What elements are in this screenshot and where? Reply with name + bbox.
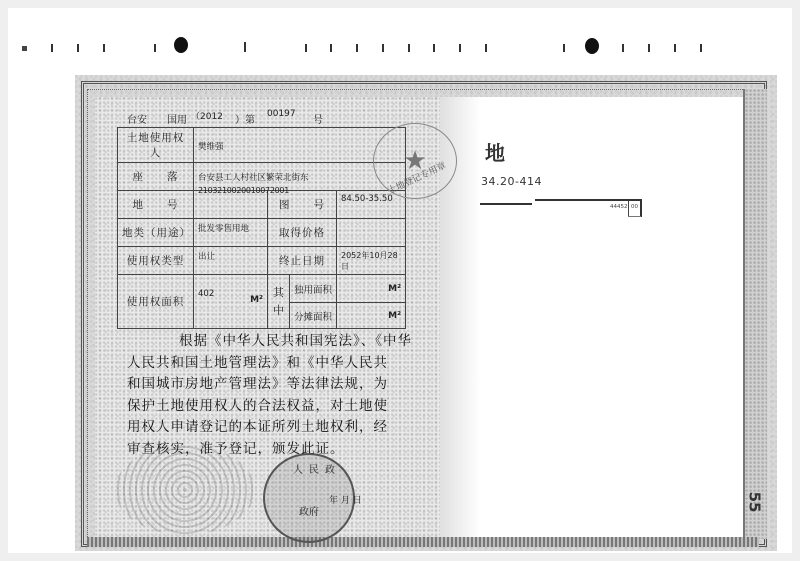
scanned-page: 55 台安 国用 （2012 ）第 00197 号 土地使用权人 樊维强 座 落…: [8, 8, 792, 553]
strip-tick: [622, 44, 624, 52]
cert-suffix: 号: [313, 111, 323, 126]
land-certificate: 55 台安 国用 （2012 ）第 00197 号 土地使用权人 樊维强 座 落…: [75, 75, 777, 551]
cell-label: 土地使用权人: [118, 128, 194, 163]
cell-label: 座 落: [118, 163, 194, 191]
cell-value-parcel-number: 2103210020010072001: [194, 191, 268, 219]
strip-tick: [77, 44, 79, 52]
strip-tick: [459, 44, 461, 52]
handwritten-mark: 地: [485, 137, 503, 166]
seal-center-text: 政府: [299, 503, 319, 518]
legal-statement: 根据《中华人民共和国宪法》、《中华 人民共和国土地管理法》和《中华人民共 和国城…: [127, 331, 417, 460]
cell-value-end-date: 2052年10月28日: [337, 247, 406, 275]
decorative-rosette: [115, 445, 255, 535]
cell-label-of-which: 其中: [268, 275, 290, 329]
cell-label: 独用面积: [290, 275, 337, 303]
cell-label: 分摊面积: [290, 303, 337, 329]
right-edge-strip: [743, 89, 767, 539]
strip-tick: [305, 44, 307, 52]
strip-mark: [22, 46, 27, 51]
land-registration-seal: ★ 土地登记专用章: [373, 123, 457, 199]
cert-year: （2012: [191, 109, 223, 122]
legal-line: 和国城市房地产管理法》等法律法规，为: [127, 374, 417, 396]
cell-label: 使用权面积: [118, 275, 194, 329]
cell-value-right-type: 出让: [194, 247, 268, 275]
annotation-line: [628, 201, 629, 217]
handwritten-code: 34.20-414: [481, 175, 542, 188]
strip-tick: [408, 44, 410, 52]
annotation-line: [628, 216, 641, 217]
bottom-edge-strip: [87, 537, 759, 547]
punch-hole: [585, 38, 599, 54]
table-row: 土地使用权人 樊维强: [118, 128, 406, 163]
cell-label: 使用权类型: [118, 247, 194, 275]
cell-unit: M²: [337, 303, 406, 329]
cert-county: 台安: [127, 111, 147, 126]
land-info-table: 土地使用权人 樊维强 座 落 台安县工人村社区繁荣北街东 地 号 2103210…: [117, 127, 406, 329]
strip-tick: [382, 44, 384, 52]
cell-value-area: 402 M²: [194, 275, 268, 329]
legal-line: 保护土地使用权人的合法权益，对土地使: [127, 396, 417, 418]
cert-serial: 00197: [267, 109, 296, 119]
strip-tick: [244, 42, 246, 52]
cell-unit: M²: [337, 275, 406, 303]
table-row: 使用权类型 出让 终止日期 2052年10月28日: [118, 247, 406, 275]
cell-label: 终止日期: [268, 247, 337, 275]
strip-tick: [485, 44, 487, 52]
cert-close-bracket: ）第: [235, 111, 255, 126]
annotation-number: 00: [631, 204, 638, 210]
strip-tick: [674, 44, 676, 52]
legal-line: 人民共和国土地管理法》和《中华人民共: [127, 353, 417, 375]
strip-tick: [433, 44, 435, 52]
binding-punch-strip: [8, 8, 792, 68]
annotation-number: 44452: [610, 204, 628, 210]
table-row: 地 号 2103210020010072001 图 号 84.50-35.50: [118, 191, 406, 219]
annotation-line: [480, 203, 532, 205]
strip-tick: [154, 44, 156, 52]
strip-tick: [103, 44, 105, 52]
table-row: 地类（用途） 批发零售用地 取得价格: [118, 219, 406, 247]
legal-line: 用权人申请登记的本证所列土地权利，经: [127, 417, 417, 439]
cert-prefix: 国用: [167, 111, 187, 126]
strip-tick: [51, 44, 53, 52]
cell-value-land-use: 批发零售用地: [194, 219, 268, 247]
strip-tick: [700, 44, 702, 52]
annotation-line: [535, 199, 641, 201]
strip-tick: [356, 44, 358, 52]
seal-arc-text: 人民政: [293, 461, 341, 476]
strip-tick: [648, 44, 650, 52]
cell-label: 取得价格: [268, 219, 337, 247]
annotation-line: [640, 199, 642, 217]
cell-label: 地 号: [118, 191, 194, 219]
strip-tick: [330, 44, 332, 52]
punch-hole: [174, 37, 188, 53]
issue-date: 年 月 日: [329, 493, 362, 506]
strip-tick: [563, 44, 565, 52]
cell-label: 地类（用途）: [118, 219, 194, 247]
legal-line: 根据《中华人民共和国宪法》、《中华: [127, 331, 417, 353]
page-number: 55: [746, 492, 764, 513]
table-row: 使用权面积 402 M² 其中 独用面积 M²: [118, 275, 406, 303]
cell-value-price: [337, 219, 406, 247]
